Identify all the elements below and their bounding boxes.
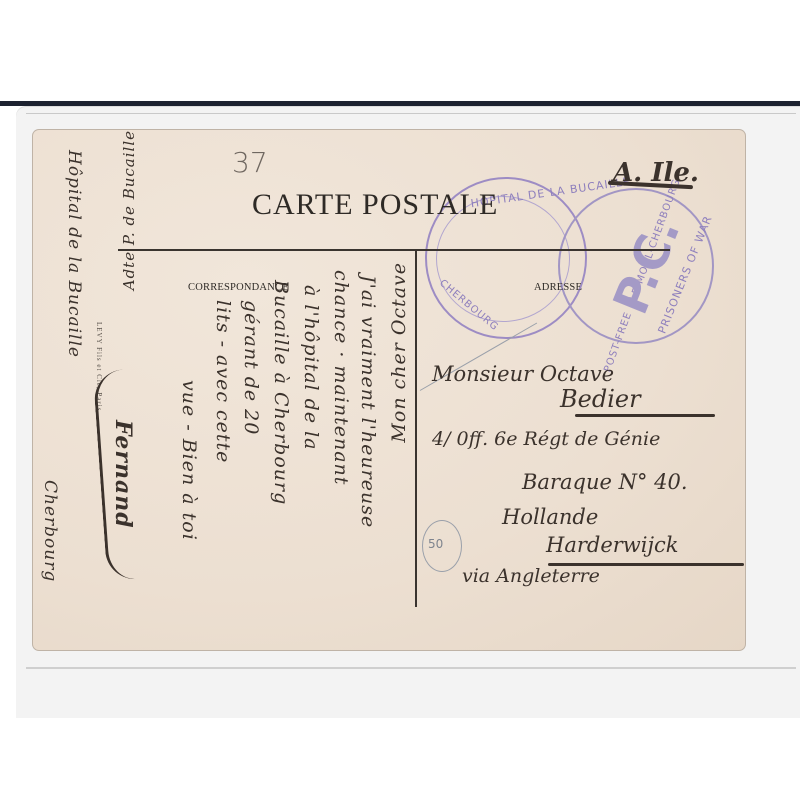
scan-background bbox=[0, 0, 800, 103]
signature: Fernand bbox=[110, 420, 136, 529]
sleeve-fold-line bbox=[26, 113, 796, 114]
message-line-7: lits - avec cette bbox=[212, 300, 234, 463]
pencil-number: 50 bbox=[428, 537, 443, 551]
message-line-4: à l'hôpital de la bbox=[300, 285, 322, 451]
margin-line-2: Hôpital de la Bucaille bbox=[64, 150, 84, 358]
message-line-2: J'ai vraiment l'heureuse bbox=[357, 275, 379, 528]
address-label: ADRESSE bbox=[534, 282, 582, 293]
name-underline bbox=[575, 414, 715, 417]
message-line-1: Mon cher Octave bbox=[388, 262, 410, 443]
message-line-3: chance · maintenant bbox=[330, 270, 352, 485]
header-divider bbox=[118, 249, 670, 251]
message-line-8: vue - Bien à toi bbox=[178, 380, 200, 541]
address-line-5: Hollande bbox=[502, 505, 598, 529]
address-line-6: Harderwijck bbox=[546, 533, 678, 557]
margin-line-3: Cherbourg bbox=[40, 480, 60, 582]
sleeve-bottom-edge bbox=[26, 667, 796, 669]
address-line-3: 4/ 0ff. 6e Régt de Génie bbox=[432, 428, 660, 450]
message-line-5: Bucaille à Cherbourg bbox=[270, 280, 292, 505]
message-line-6: gérant de 20 bbox=[240, 300, 262, 435]
center-divider bbox=[415, 251, 417, 607]
address-line-7: via Angleterre bbox=[462, 565, 600, 587]
address-line-2: Bedier bbox=[560, 385, 641, 413]
margin-line-1: Adte P. de Bucaille bbox=[120, 130, 138, 290]
address-line-4: Baraque N° 40. bbox=[522, 470, 688, 494]
postcard-title: CARTE POSTALE bbox=[252, 188, 498, 222]
address-line-1: Monsieur Octave bbox=[432, 362, 614, 386]
reference-number: 37 bbox=[232, 146, 268, 179]
